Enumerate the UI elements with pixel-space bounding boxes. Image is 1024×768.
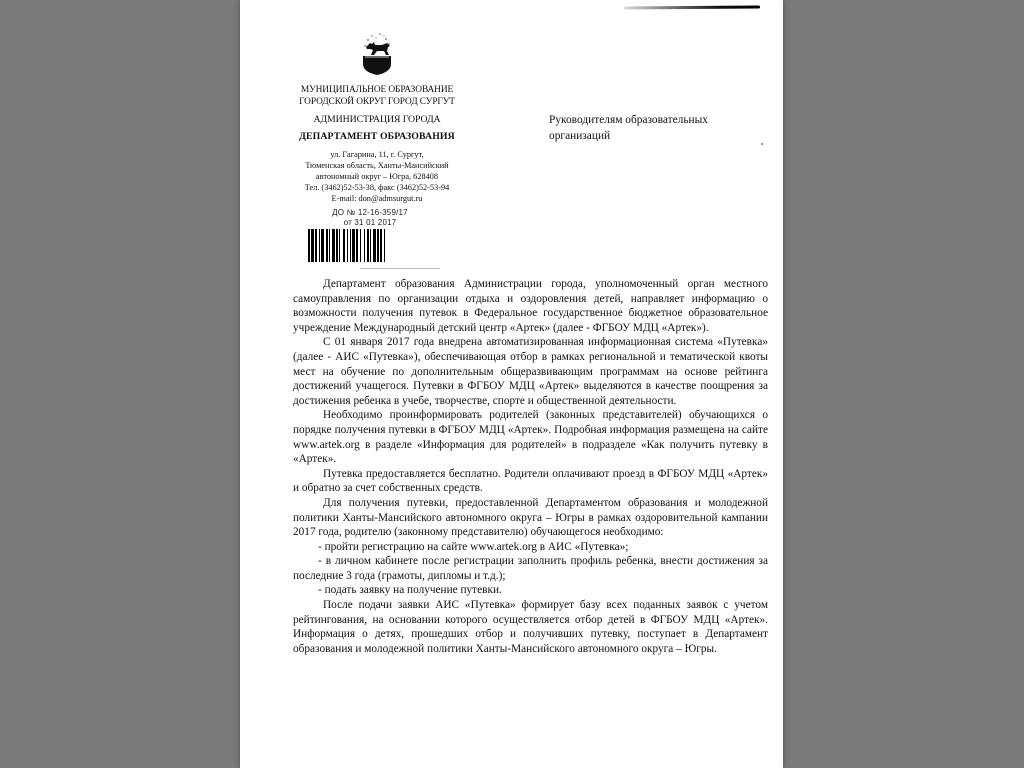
paragraph: Путевка предоставляется бесплатно. Родит…: [293, 467, 768, 496]
municipality-line-2: ГОРОДСКОЙ ОКРУГ ГОРОД СУРГУТ: [292, 96, 462, 108]
registration-stamp: ДО № 12-16-359/17 от 31 01 2017: [310, 208, 430, 228]
addressee: Руководителям образовательных организаци…: [549, 112, 769, 144]
scan-artifact-line: [624, 6, 760, 10]
list-item: - подать заявку на получение путевки.: [293, 583, 768, 598]
phone-line: Тел. (3462)52-53-38, факс (3462)52-53-94: [292, 182, 462, 193]
registration-number: ДО № 12-16-359/17: [310, 208, 430, 218]
list-item: - пройти регистрацию на сайте www.artek.…: [293, 540, 768, 555]
email-line: E-mail: don@admsurgut.ru: [292, 193, 462, 204]
barcode-icon: [308, 229, 444, 262]
paragraph: Для получения путевки, предоставленной Д…: [293, 496, 768, 540]
address-block: ул. Гагарина, 11, г. Сургут, Тюменская о…: [292, 149, 462, 204]
divider: [360, 268, 440, 269]
paragraph: Необходимо проинформировать родителей (з…: [293, 408, 768, 466]
paragraph: После подачи заявки АИС «Путевка» формир…: [293, 598, 768, 656]
letter-body: Департамент образования Администрации го…: [293, 277, 768, 656]
municipality-line-1: МУНИЦИПАЛЬНОЕ ОБРАЗОВАНИЕ: [292, 84, 462, 96]
paragraph: Департамент образования Администрации го…: [293, 277, 768, 335]
scan-speck: [761, 143, 763, 145]
administration-title: АДМИНИСТРАЦИЯ ГОРОДА: [292, 114, 462, 126]
address-line: Тюменская область, Ханты-Мансийский: [292, 160, 462, 171]
surgut-coat-of-arms-icon: [360, 30, 394, 76]
list-item: - в личном кабинете после регистрации за…: [293, 554, 768, 583]
address-line: ул. Гагарина, 11, г. Сургут,: [292, 149, 462, 160]
address-line: автономный округ – Югра, 628408: [292, 171, 462, 182]
paragraph: С 01 января 2017 года внедрена автоматиз…: [293, 335, 768, 408]
department-title: ДЕПАРТАМЕНТ ОБРАЗОВАНИЯ: [292, 131, 462, 143]
registration-date: от 31 01 2017: [310, 218, 430, 228]
document-page: МУНИЦИПАЛЬНОЕ ОБРАЗОВАНИЕ ГОРОДСКОЙ ОКРУ…: [240, 0, 783, 768]
letterhead: МУНИЦИПАЛЬНОЕ ОБРАЗОВАНИЕ ГОРОДСКОЙ ОКРУ…: [292, 30, 462, 204]
